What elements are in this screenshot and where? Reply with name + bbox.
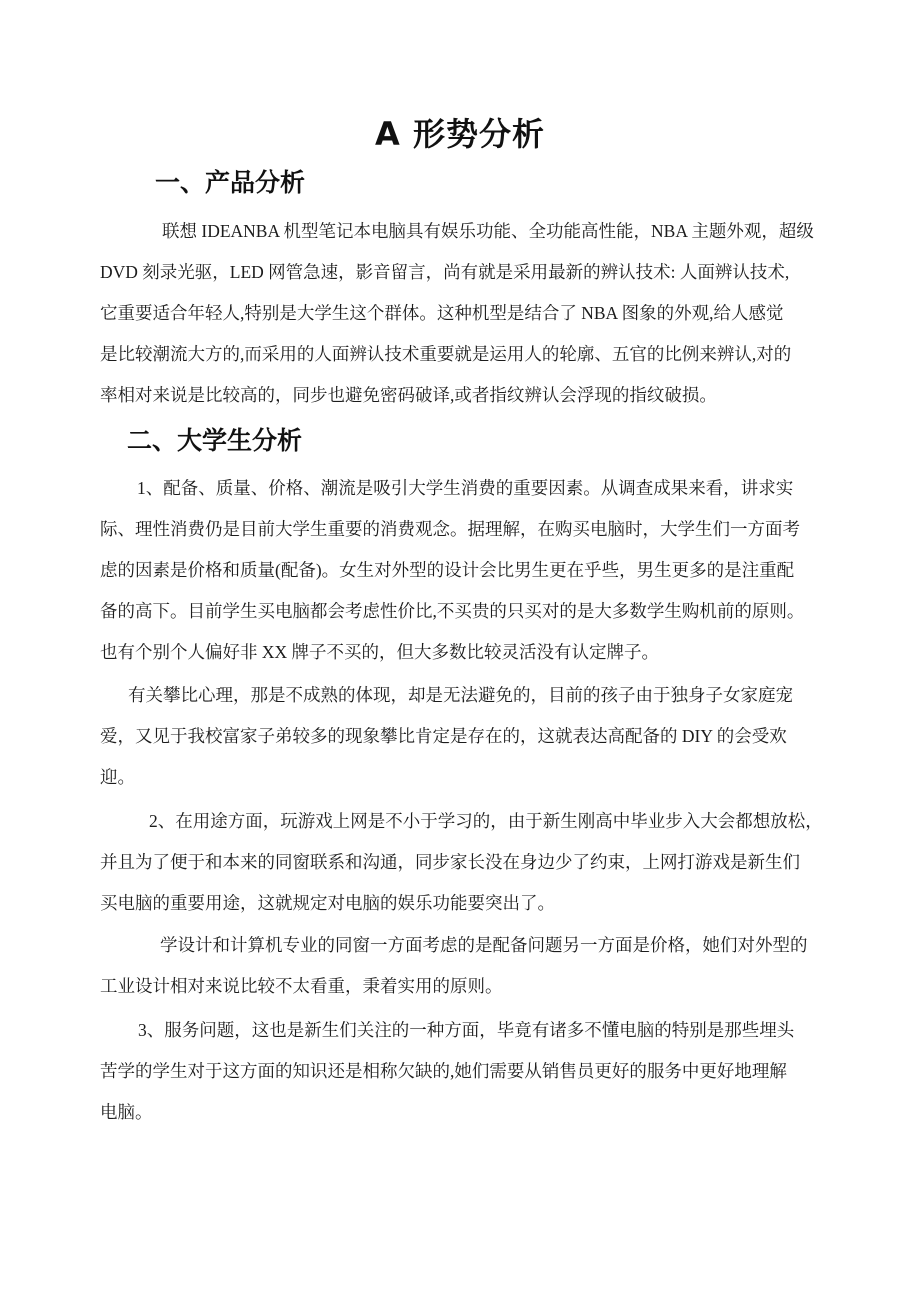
paragraph-product-analysis: 联想 IDEANBA 机型笔记本电脑具有娱乐功能、全功能高性能，NBA 主题外观…	[100, 211, 800, 416]
text-line: 并且为了便于和本来的同窗联系和沟通，同步家长没在身边少了约束，上网打游戏是新生们	[100, 842, 800, 883]
text-line: 买电脑的重要用途，这就规定对电脑的娱乐功能要突出了。	[100, 883, 800, 924]
paragraph-usage: 2、在用途方面，玩游戏上网是不小于学习的，由于新生刚高中毕业步入大会都想放松， …	[100, 801, 800, 924]
text-line: 1、配备、质量、价格、潮流是吸引大学生消费的重要因素。从调查成果来看，讲求实	[100, 468, 800, 509]
text-line: 有关攀比心理，那是不成熟的体现，却是无法避免的，目前的孩子由于独身子女家庭宠	[100, 675, 800, 716]
text-line: 电脑。	[100, 1092, 800, 1133]
section-heading-student-analysis: 二、大学生分析	[127, 424, 920, 458]
paragraph-service: 3、服务问题，这也是新生们关注的一种方面，毕竟有诸多不懂电脑的特别是那些埋头 苦…	[100, 1010, 800, 1133]
document-title: A 形势分析	[0, 112, 920, 156]
text-line: 工业设计相对来说比较不太看重，秉着实用的原则。	[100, 966, 800, 1007]
document-page: A 形势分析 一、产品分析 联想 IDEANBA 机型笔记本电脑具有娱乐功能、全…	[0, 0, 920, 1302]
document-body: A 形势分析 一、产品分析 联想 IDEANBA 机型笔记本电脑具有娱乐功能、全…	[0, 0, 920, 1133]
text-line: 2、在用途方面，玩游戏上网是不小于学习的，由于新生刚高中毕业步入大会都想放松，	[100, 801, 800, 842]
section-heading-product-analysis: 一、产品分析	[155, 166, 920, 200]
text-line: 也有个别个人偏好非 XX 牌子不买的，但大多数比较灵活没有认定牌子。	[100, 632, 800, 673]
paragraph-design-majors: 学设计和计算机专业的同窗一方面考虑的是配备问题另一方面是价格，她们对外型的 工业…	[100, 925, 800, 1007]
paragraph-comparison-psychology: 有关攀比心理，那是不成熟的体现，却是无法避免的，目前的孩子由于独身子女家庭宠 爱…	[100, 675, 800, 798]
text-line: 虑的因素是价格和质量(配备)。女生对外型的设计会比男生更在乎些，男生更多的是注重…	[100, 550, 800, 591]
text-line: 迎。	[100, 757, 800, 798]
text-line: 联想 IDEANBA 机型笔记本电脑具有娱乐功能、全功能高性能，NBA 主题外观…	[100, 211, 800, 252]
text-line: 学设计和计算机专业的同窗一方面考虑的是配备问题另一方面是价格，她们对外型的	[100, 925, 800, 966]
text-line: 3、服务问题，这也是新生们关注的一种方面，毕竟有诸多不懂电脑的特别是那些埋头	[100, 1010, 800, 1051]
paragraph-factors: 1、配备、质量、价格、潮流是吸引大学生消费的重要因素。从调查成果来看，讲求实 际…	[100, 468, 800, 673]
text-line: 苦学的学生对于这方面的知识还是相称欠缺的,她们需要从销售员更好的服务中更好地理解	[100, 1051, 800, 1092]
text-line: 是比较潮流大方的,而采用的人面辨认技术重要就是运用人的轮廓、五官的比例来辨认,对…	[100, 334, 800, 375]
text-line: DVD 刻录光驱，LED 网管急速，影音留言，尚有就是采用最新的辨认技术: 人面…	[100, 252, 800, 293]
text-line: 爱，又见于我校富家子弟较多的现象攀比肯定是存在的，这就表达高配备的 DIY 的会…	[100, 716, 800, 757]
text-line: 它重要适合年轻人,特别是大学生这个群体。这种机型是结合了 NBA 图象的外观,给…	[100, 293, 800, 334]
text-line: 备的高下。目前学生买电脑都会考虑性价比,不买贵的只买对的是大多数学生购机前的原则…	[100, 591, 800, 632]
text-line: 率相对来说是比较高的，同步也避免密码破译,或者指纹辨认会浮现的指纹破损。	[100, 375, 800, 416]
text-line: 际、理性消费仍是目前大学生重要的消费观念。据理解，在购买电脑时，大学生们一方面考	[100, 509, 800, 550]
